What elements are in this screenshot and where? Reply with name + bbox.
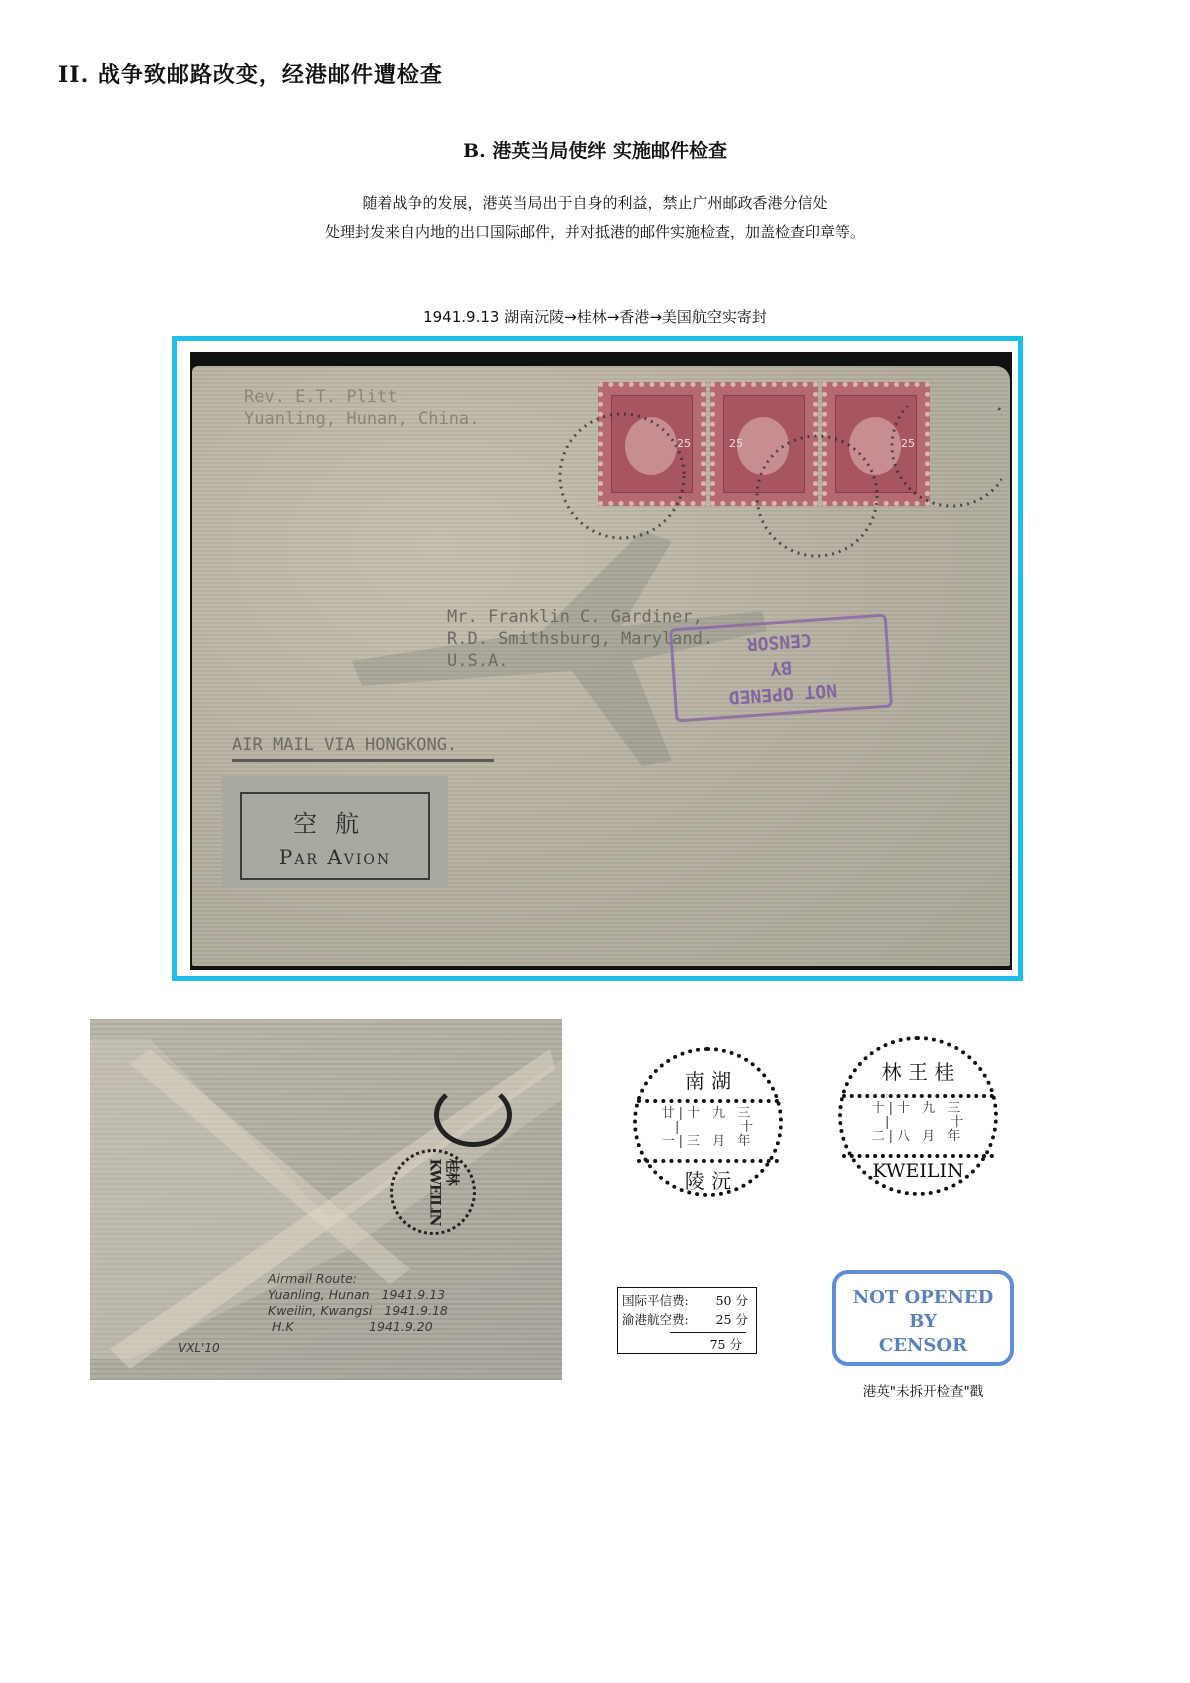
route-underline [232,759,494,762]
front-cover-image: Rev. E.T. Plitt Yuanling, Hunan, China. … [190,352,1012,970]
postmark-yuanling-diagram: 南 湖 廿|十 九 三 | 十 一|三 月 年 陵 沅 [633,1047,783,1197]
sum-line [670,1332,746,1333]
airmail-label-french: Par Avion [242,845,428,869]
airmail-label: 航空 Par Avion [222,776,448,888]
sender-address: Rev. E.T. Plitt Yuanling, Hunan, China. [244,386,479,430]
fee-total: 75 分 [710,1335,742,1353]
censor-handstamp: NOT OPENED BY CENSOR [669,614,893,723]
envelope-front: Rev. E.T. Plitt Yuanling, Hunan, China. … [192,366,1010,966]
fee-row: 渝港航空费: 25 分 [622,1310,748,1328]
intro-line-2: 处理封发来自内地的出口国际邮件，并对抵港的邮件实施检查，加盖检查印章等。 [0,221,1190,242]
subsection-title: B. 港英当局使绊 实施邮件检查 [0,136,1190,163]
section-title: II. 战争致邮路改变，经港邮件遭检查 [58,58,443,89]
back-cover-image: 桂林 KWEILIN Airmail Route: Yuanling, Huna… [90,1019,562,1380]
censor-mark-illustration: NOT OPENED BY CENSOR [832,1270,1014,1366]
handwritten-route-note: Airmail Route: Yuanling, Hunan 1941.9.13… [268,1271,448,1335]
fee-row: 国际平信费: 50 分 [622,1291,748,1309]
postage-breakdown: 国际平信费: 50 分 渝港航空费: 25 分 75 分 [617,1287,757,1354]
airmail-label-chinese: 航空 [242,804,428,839]
kweilin-backstamp: 桂林 KWEILIN [390,1149,476,1235]
postmark-kweilin-diagram: 林 王 桂 十|十 九 三 | 十 二|八 月 年 KWEILIN [838,1036,998,1196]
cover-caption: 1941.9.13 湖南沅陵→桂林→香港→美国航空实寄封 [0,306,1190,327]
censor-mark-caption: 港英"未拆开检查"戳 [832,1380,1014,1400]
route-note: AIR MAIL VIA HONGKONG. [232,734,457,756]
hongkong-backstamp [434,1083,512,1147]
postmark-cancellations [552,406,1002,566]
intro-line-1: 随着战争的发展，港英当局出于自身的利益，禁止广州邮政香港分信处 [0,192,1190,213]
handwritten-code: VXL'10 [178,1341,220,1355]
